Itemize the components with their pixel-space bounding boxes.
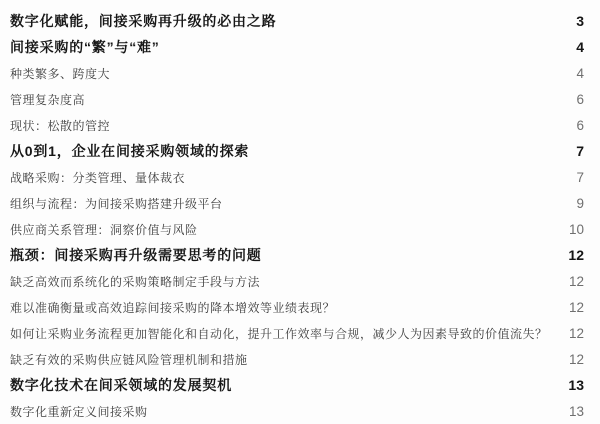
toc-entry-page: 7 — [564, 143, 584, 159]
toc-entry-page: 4 — [564, 66, 584, 81]
toc-entry-page: 13 — [556, 377, 584, 393]
toc-entry-page: 7 — [564, 170, 584, 185]
toc-entry-page: 3 — [564, 13, 584, 29]
toc-entry-page: 10 — [557, 222, 584, 237]
toc-entry: 组织与流程：为间接采购搭建升级平台 9 — [10, 190, 584, 216]
table-of-contents: 数字化赋能，间接采购再升级的必由之路 3 间接采购的“繁”与“难” 4 种类繁多… — [0, 0, 600, 424]
toc-entry-page: 12 — [556, 247, 584, 263]
toc-entry-page: 12 — [557, 352, 584, 367]
toc-entry-page: 13 — [557, 404, 584, 419]
toc-entry-title: 数字化赋能，间接采购再升级的必由之路 — [10, 11, 276, 31]
toc-entry: 现状：松散的管控 6 — [10, 112, 584, 138]
toc-entry-title: 从0到1，企业在间接采购领域的探索 — [10, 141, 249, 161]
toc-entry-page: 12 — [557, 326, 584, 341]
toc-entry-page: 12 — [557, 274, 584, 289]
toc-entry-title: 缺乏高效而系统化的采购策略制定手段与方法 — [10, 273, 260, 290]
toc-entry: 如何让采购业务流程更加智能化和自动化，提升工作效率与合规，减少人为因素导致的价值… — [10, 320, 584, 346]
toc-entry-title: 间接采购的“繁”与“难” — [10, 37, 160, 57]
toc-entry-title: 数字化重新定义间接采购 — [10, 403, 148, 420]
toc-entry-title: 管理复杂度高 — [10, 91, 85, 108]
toc-entry-page: 12 — [557, 300, 584, 315]
toc-entry: 缺乏高效而系统化的采购策略制定手段与方法 12 — [10, 268, 584, 294]
toc-entry-title: 如何让采购业务流程更加智能化和自动化，提升工作效率与合规，减少人为因素导致的价值… — [10, 325, 548, 342]
toc-entry-title: 组织与流程：为间接采购搭建升级平台 — [10, 195, 223, 212]
toc-entry-title: 数字化技术在间采领域的发展契机 — [10, 375, 232, 395]
toc-entry-title: 战略采购：分类管理、量体裁衣 — [10, 169, 185, 186]
toc-entry: 战略采购：分类管理、量体裁衣 7 — [10, 164, 584, 190]
toc-entry: 数字化技术在间采领域的发展契机 13 — [10, 372, 584, 398]
toc-entry-title: 种类繁多、跨度大 — [10, 65, 110, 82]
toc-entry-title: 瓶颈：间接采购再升级需要思考的问题 — [10, 245, 262, 265]
toc-entry-page: 4 — [564, 39, 584, 55]
toc-entry-page: 6 — [564, 92, 584, 107]
toc-entry: 供应商关系管理：洞察价值与风险 10 — [10, 216, 584, 242]
toc-entry-page: 6 — [564, 118, 584, 133]
toc-entry: 数字化重新定义间接采购 13 — [10, 398, 584, 424]
toc-entry-title: 难以准确衡量或高效追踪间接采购的降本增效等业绩表现？ — [10, 299, 335, 316]
toc-entry: 种类繁多、跨度大 4 — [10, 60, 584, 86]
toc-entry: 瓶颈：间接采购再升级需要思考的问题 12 — [10, 242, 584, 268]
toc-entry-title: 现状：松散的管控 — [10, 117, 110, 134]
toc-entry: 从0到1，企业在间接采购领域的探索 7 — [10, 138, 584, 164]
toc-entry: 管理复杂度高 6 — [10, 86, 584, 112]
toc-entry: 缺乏有效的采购供应链风险管理机制和措施 12 — [10, 346, 584, 372]
toc-entry-title: 供应商关系管理：洞察价值与风险 — [10, 221, 198, 238]
toc-entry: 间接采购的“繁”与“难” 4 — [10, 34, 584, 60]
toc-entry: 数字化赋能，间接采购再升级的必由之路 3 — [10, 8, 584, 34]
toc-entry: 难以准确衡量或高效追踪间接采购的降本增效等业绩表现？ 12 — [10, 294, 584, 320]
toc-entry-title: 缺乏有效的采购供应链风险管理机制和措施 — [10, 351, 248, 368]
toc-entry-page: 9 — [564, 196, 584, 211]
